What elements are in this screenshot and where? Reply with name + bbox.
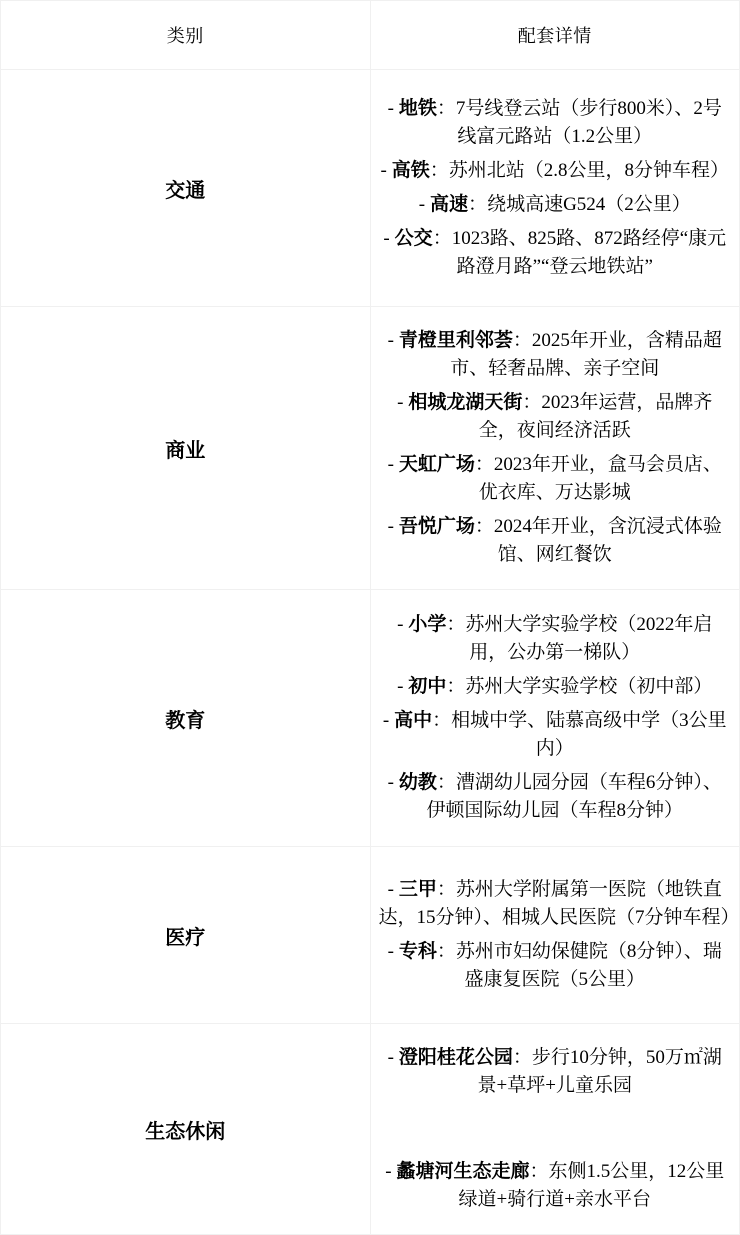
header-details-label: 配套详情 — [518, 26, 592, 46]
bullet-dash: - — [388, 879, 394, 900]
amenities-table: 类别 配套详情 交通 -地铁：7号线登云站（步行800米）、2号线富元路站（1.… — [0, 0, 740, 1235]
details-cell: -三甲：苏州大学附属第一医院（地铁直达，15分钟）、相城人民医院（7分钟车程） … — [370, 847, 740, 1024]
detail-text: 苏州市妇幼保健院（8分钟）、瑞盛康复医院（5公里） — [456, 941, 722, 990]
detail-item: -高铁：苏州北站（2.8公里，8分钟车程） — [379, 157, 732, 185]
category-label: 教育 — [165, 710, 205, 732]
table-row-medical: 医疗 -三甲：苏州大学附属第一医院（地铁直达，15分钟）、相城人民医院（7分钟车… — [1, 847, 740, 1024]
category-cell: 生态休闲 — [1, 1024, 371, 1235]
category-cell: 医疗 — [1, 847, 371, 1024]
detail-term: 澄阳桂花公园 — [399, 1047, 513, 1068]
detail-item: -高中：相城中学、陆慕高级中学（3公里内） — [379, 707, 732, 763]
detail-term: 初中 — [408, 676, 446, 697]
header-row: 类别 配套详情 — [1, 1, 740, 70]
bullet-dash: - — [385, 1161, 391, 1182]
table-row-traffic: 交通 -地铁：7号线登云站（步行800米）、2号线富元路站（1.2公里） -高铁… — [1, 70, 740, 307]
category-label: 交通 — [165, 180, 205, 202]
detail-item: -青橙里利邻荟：2025年开业，含精品超市、轻奢品牌、亲子空间 — [379, 327, 732, 383]
detail-term: 蠡塘河生态走廊 — [397, 1161, 530, 1182]
detail-term: 三甲 — [399, 879, 437, 900]
detail-item: -幼教：漕湖幼儿园分园（车程6分钟）、伊顿国际幼儿园（车程8分钟） — [379, 769, 732, 825]
detail-item: -初中：苏州大学实验学校（初中部） — [379, 673, 732, 701]
colon-separator: ： — [437, 772, 456, 793]
detail-term: 专科 — [399, 941, 437, 962]
colon-separator: ： — [475, 516, 494, 537]
colon-separator: ： — [446, 614, 465, 635]
details-cell: -地铁：7号线登云站（步行800米）、2号线富元路站（1.2公里） -高铁：苏州… — [370, 70, 740, 307]
detail-term: 小学 — [408, 614, 446, 635]
header-category-label: 类别 — [167, 26, 204, 46]
bullet-dash: - — [388, 941, 394, 962]
bullet-dash: - — [397, 676, 403, 697]
colon-separator: ： — [530, 1161, 549, 1182]
colon-separator: ： — [437, 98, 456, 119]
detail-item: -专科：苏州市妇幼保健院（8分钟）、瑞盛康复医院（5公里） — [379, 938, 732, 994]
bullet-dash: - — [388, 98, 394, 119]
detail-term: 高中 — [394, 710, 432, 731]
detail-term: 天虹广场 — [399, 454, 475, 475]
header-cell-details: 配套详情 — [370, 1, 740, 70]
bullet-dash: - — [380, 160, 386, 181]
table-row-business: 商业 -青橙里利邻荟：2025年开业，含精品超市、轻奢品牌、亲子空间 -相城龙湖… — [1, 307, 740, 590]
detail-term: 公交 — [395, 228, 433, 249]
detail-text: 1023路、825路、872路经停“康元路澄月路”“登云地铁站” — [452, 228, 726, 277]
detail-term: 高铁 — [392, 160, 430, 181]
detail-text: 苏州大学实验学校（2022年启用，公办第一梯队） — [465, 614, 712, 663]
detail-item: -吾悦广场：2024年开业，含沉浸式体验馆、网红餐饮 — [379, 513, 732, 569]
detail-item: -相城龙湖天街：2023年运营，品牌齐全，夜间经济活跃 — [379, 389, 732, 445]
detail-item: -蠡塘河生态走廊：东侧1.5公里，12公里绿道+骑行道+亲水平台 — [379, 1158, 732, 1214]
colon-separator: ： — [522, 392, 541, 413]
details-cell: -小学：苏州大学实验学校（2022年启用，公办第一梯队） -初中：苏州大学实验学… — [370, 590, 740, 847]
category-cell: 教育 — [1, 590, 371, 847]
detail-item: -澄阳桂花公园：步行10分钟，50万㎡湖景+草坪+儿童乐园 — [379, 1044, 732, 1100]
detail-term: 地铁 — [399, 98, 437, 119]
detail-term: 幼教 — [399, 772, 437, 793]
colon-separator: ： — [513, 330, 532, 351]
colon-separator: ： — [475, 454, 494, 475]
bullet-dash: - — [388, 1047, 394, 1068]
detail-item: -公交：1023路、825路、872路经停“康元路澄月路”“登云地铁站” — [379, 225, 732, 281]
header-cell-category: 类别 — [1, 1, 371, 70]
detail-item: -小学：苏州大学实验学校（2022年启用，公办第一梯队） — [379, 611, 732, 667]
colon-separator: ： — [433, 228, 452, 249]
detail-text: 2024年开业，含沉浸式体验馆、网红餐饮 — [494, 516, 722, 565]
category-label: 商业 — [165, 440, 205, 462]
details-cell: -青橙里利邻荟：2025年开业，含精品超市、轻奢品牌、亲子空间 -相城龙湖天街：… — [370, 307, 740, 590]
category-cell: 商业 — [1, 307, 371, 590]
detail-text: 苏州北站（2.8公里，8分钟车程） — [449, 160, 729, 181]
detail-text: 2023年开业，盒马会员店、优衣库、万达影城 — [479, 454, 722, 503]
bullet-dash: - — [388, 454, 394, 475]
details-cell: -澄阳桂花公园：步行10分钟，50万㎡湖景+草坪+儿童乐园 -蠡塘河生态走廊：东… — [370, 1024, 740, 1235]
bullet-dash: - — [383, 710, 389, 731]
page: 类别 配套详情 交通 -地铁：7号线登云站（步行800米）、2号线富元路站（1.… — [0, 0, 740, 1235]
detail-term: 高速 — [430, 194, 468, 215]
colon-separator: ： — [432, 710, 451, 731]
category-cell: 交通 — [1, 70, 371, 307]
bullet-dash: - — [388, 330, 394, 351]
bullet-dash: - — [397, 392, 403, 413]
detail-term: 吾悦广场 — [399, 516, 475, 537]
colon-separator: ： — [513, 1047, 532, 1068]
colon-separator: ： — [468, 194, 487, 215]
detail-item: -天虹广场：2023年开业，盒马会员店、优衣库、万达影城 — [379, 451, 732, 507]
colon-separator: ： — [430, 160, 449, 181]
detail-text: 苏州大学实验学校（初中部） — [465, 676, 712, 697]
detail-term: 青橙里利邻荟 — [399, 330, 513, 351]
bullet-dash: - — [397, 614, 403, 635]
detail-item: -高速：绕城高速G524（2公里） — [379, 191, 732, 219]
colon-separator: ： — [437, 879, 456, 900]
table-row-education: 教育 -小学：苏州大学实验学校（2022年启用，公办第一梯队） -初中：苏州大学… — [1, 590, 740, 847]
bullet-dash: - — [419, 194, 425, 215]
detail-term: 相城龙湖天街 — [408, 392, 522, 413]
detail-item: -地铁：7号线登云站（步行800米）、2号线富元路站（1.2公里） — [379, 95, 732, 151]
detail-text: 相城中学、陆慕高级中学（3公里内） — [451, 710, 727, 759]
table-row-ecology: 生态休闲 -澄阳桂花公园：步行10分钟，50万㎡湖景+草坪+儿童乐园 -蠡塘河生… — [1, 1024, 740, 1235]
detail-text: 漕湖幼儿园分园（车程6分钟）、伊顿国际幼儿园（车程8分钟） — [426, 772, 721, 821]
category-label: 医疗 — [165, 927, 205, 949]
colon-separator: ： — [437, 941, 456, 962]
category-label: 生态休闲 — [145, 1121, 225, 1143]
detail-text: 绕城高速G524（2公里） — [487, 194, 691, 215]
bullet-dash: - — [388, 772, 394, 793]
bullet-dash: - — [383, 228, 389, 249]
bullet-dash: - — [388, 516, 394, 537]
colon-separator: ： — [446, 676, 465, 697]
detail-item: -三甲：苏州大学附属第一医院（地铁直达，15分钟）、相城人民医院（7分钟车程） — [379, 876, 732, 932]
detail-text: 7号线登云站（步行800米）、2号线富元路站（1.2公里） — [456, 98, 722, 147]
